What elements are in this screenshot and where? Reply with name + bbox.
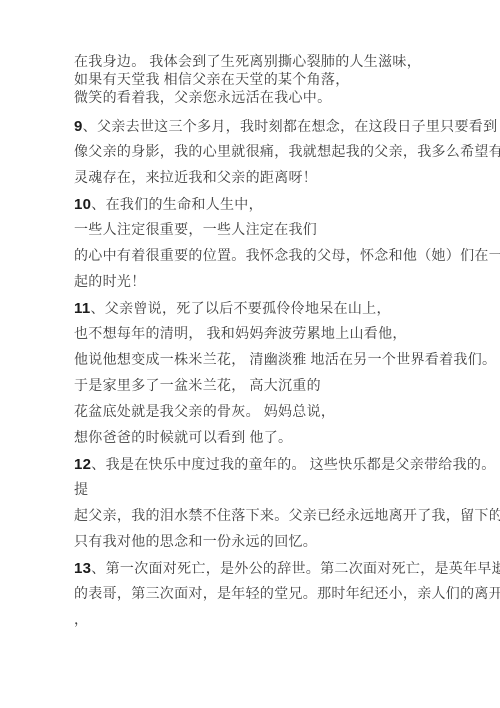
text-line: 灵魂存在，来拉近我和父亲的距离呀！ (74, 166, 464, 192)
text-line: 在我身边。 我体会到了生死离别撕心裂肺的人生滋味， (74, 54, 464, 72)
list-number: 12 (74, 456, 91, 473)
line-text: 在我身边。 我体会到了生死离别撕心裂肺的人生滋味， (74, 55, 421, 70)
paragraph: 11、父亲曾说，死了以后不要孤伶伶地呆在山上，也不想每年的清明， 我和妈妈奔波劳… (74, 296, 464, 452)
enumeration-separator: 、 (90, 302, 104, 317)
line-text: 父亲去世这三个多月，我时刻都在想念，在这段日子里只要看到 (97, 120, 497, 135)
text-line: 的表哥，第三次面对，是年轻的堂兄。那时年纪还小，亲人们的离开 (74, 582, 464, 608)
text-line: ， (74, 608, 464, 634)
line-text: 也不想每年的清明， 我和妈妈奔波劳累地上山看他， (74, 327, 407, 342)
line-text: 花盆底处就是我父亲的骨灰。 妈妈总说， (74, 405, 335, 420)
text-line: 12、我是在快乐中度过我的童年的。 这些快乐都是父亲带给我的。 (74, 452, 464, 478)
text-line: 也不想每年的清明， 我和妈妈奔波劳累地上山看他， (74, 322, 464, 348)
list-number: 9 (74, 118, 83, 135)
text-line: 11、父亲曾说，死了以后不要孤伶伶地呆在山上， (74, 296, 464, 322)
text-line: 起的时光！ (74, 270, 464, 296)
line-text: 一些人注定很重要，一些人注定在我们 (74, 223, 317, 238)
list-number: 13 (74, 560, 91, 577)
enumeration-separator: 、 (83, 120, 97, 135)
line-text: 的表哥，第三次面对，是年轻的堂兄。那时年纪还小，亲人们的离开 (74, 587, 500, 602)
line-text: 的心中有着很重要的位置。我怀念我的父母，怀念和他（她）们在一 (74, 249, 500, 264)
line-text: 灵魂存在，来拉近我和父亲的距离呀！ (74, 171, 317, 186)
line-text: 在我们的生命和人生中， (106, 198, 263, 213)
line-text: 起的时光！ (74, 275, 146, 290)
list-number: 10 (74, 196, 91, 213)
text-line: 13、第一次面对死亡，是外公的辞世。第二次面对死亡，是英年早逝 (74, 556, 464, 582)
text-line: 起父亲，我的泪水禁不住落下来。父亲已经永远地离开了我，留下的 (74, 504, 464, 530)
line-text: 想你爸爸的时候就可以看到 他了。 (74, 431, 292, 446)
paragraph: 在我身边。 我体会到了生死离别撕心裂肺的人生滋味，如果有天堂我 相信父亲在天堂的… (74, 54, 464, 108)
text-line: 于是家里多了一盆米兰花， 高大沉重的 (74, 374, 464, 400)
line-text: ， (74, 613, 88, 628)
text-line: 花盆底处就是我父亲的骨灰。 妈妈总说， (74, 400, 464, 426)
text-line: 只有我对他的思念和一份永远的回忆。 (74, 530, 464, 556)
line-text: 于是家里多了一盆米兰花， 高大沉重的 (74, 379, 321, 394)
line-text: 第一次面对死亡，是外公的辞世。第二次面对死亡，是英年早逝 (106, 562, 500, 577)
paragraph: 13、第一次面对死亡，是外公的辞世。第二次面对死亡，是英年早逝的表哥，第三次面对… (74, 556, 464, 634)
text-line: 如果有天堂我 相信父亲在天堂的某个角落， (74, 72, 464, 90)
enumeration-separator: 、 (91, 562, 105, 577)
line-text: 如果有天堂我 相信父亲在天堂的某个角落， (74, 73, 350, 88)
text-line: 提 (74, 478, 464, 504)
text-line: 10、在我们的生命和人生中， (74, 192, 464, 218)
paragraph: 12、我是在快乐中度过我的童年的。 这些快乐都是父亲带给我的。提起父亲，我的泪水… (74, 452, 464, 556)
line-text: 只有我对他的思念和一份永远的回忆。 (74, 535, 317, 550)
text-line: 像父亲的身影，我的心里就很痛，我就想起我的父亲，我多么希望有 (74, 140, 464, 166)
text-content: 在我身边。 我体会到了生死离别撕心裂肺的人生滋味，如果有天堂我 相信父亲在天堂的… (74, 54, 464, 634)
line-text: 父亲曾说，死了以后不要孤伶伶地呆在山上， (105, 302, 391, 317)
text-line: 微笑的看着我，父亲您永远活在我心中。 (74, 90, 464, 108)
text-line: 一些人注定很重要，一些人注定在我们 (74, 218, 464, 244)
text-line: 9、父亲去世这三个多月，我时刻都在想念，在这段日子里只要看到 (74, 114, 464, 140)
text-line: 的心中有着很重要的位置。我怀念我的父母，怀念和他（她）们在一 (74, 244, 464, 270)
line-text: 我是在快乐中度过我的童年的。 这些快乐都是父亲带给我的。 (106, 458, 496, 473)
line-text: 起父亲，我的泪水禁不住落下来。父亲已经永远地离开了我，留下的 (74, 509, 500, 524)
line-text: 提 (74, 483, 88, 498)
text-line: 他说他想变成一株米兰花， 清幽淡雅 地活在另一个世界看着我们。 (74, 348, 464, 374)
enumeration-separator: 、 (91, 198, 105, 213)
paragraph: 10、在我们的生命和人生中，一些人注定很重要，一些人注定在我们的心中有着很重要的… (74, 192, 464, 296)
text-line: 想你爸爸的时候就可以看到 他了。 (74, 426, 464, 452)
line-text: 像父亲的身影，我的心里就很痛，我就想起我的父亲，我多么希望有 (74, 145, 500, 160)
enumeration-separator: 、 (91, 458, 105, 473)
list-number: 11 (74, 300, 90, 317)
line-text: 微笑的看着我，父亲您永远活在我心中。 (74, 91, 331, 106)
document-page: 在我身边。 我体会到了生死离别撕心裂肺的人生滋味，如果有天堂我 相信父亲在天堂的… (0, 0, 500, 708)
line-text: 他说他想变成一株米兰花， 清幽淡雅 地活在另一个世界看着我们。 (74, 353, 496, 368)
paragraph: 9、父亲去世这三个多月，我时刻都在想念，在这段日子里只要看到像父亲的身影，我的心… (74, 114, 464, 192)
